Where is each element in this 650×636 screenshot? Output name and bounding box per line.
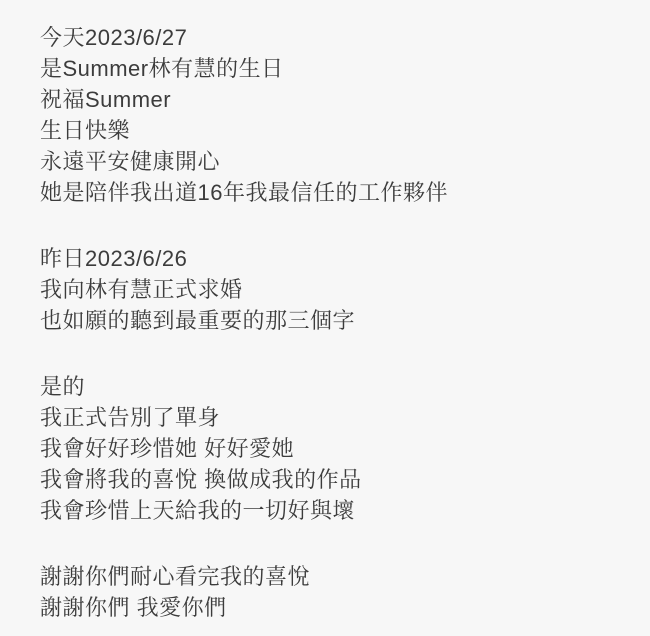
text-line: 她是陪伴我出道16年我最信任的工作夥伴 xyxy=(40,177,620,208)
text-line: 謝謝你們 我愛你們 xyxy=(40,592,620,623)
text-line: 謝謝你們耐心看完我的喜悅 xyxy=(40,561,620,592)
text-line: 昨日2023/6/26 xyxy=(40,243,620,274)
text-line: 祝福Summer xyxy=(40,84,620,115)
paragraph-thanks: 謝謝你們耐心看完我的喜悅 謝謝你們 我愛你們 xyxy=(40,561,620,623)
text-line: 生日快樂 xyxy=(40,115,620,146)
paragraph-proposal: 昨日2023/6/26 我向林有慧正式求婚 也如願的聽到最重要的那三個字 xyxy=(40,243,620,336)
text-line: 是的 xyxy=(40,371,620,402)
text-line: 我會珍惜上天給我的一切好與壞 xyxy=(40,495,620,526)
text-line: 我向林有慧正式求婚 xyxy=(40,274,620,305)
text-line: 我會將我的喜悅 換做成我的作品 xyxy=(40,464,620,495)
text-line: 也如願的聽到最重要的那三個字 xyxy=(40,305,620,336)
paragraph-vows: 是的 我正式告別了單身 我會好好珍惜她 好好愛她 我會將我的喜悅 換做成我的作品… xyxy=(40,371,620,526)
text-line: 我正式告別了單身 xyxy=(40,402,620,433)
post-text: 今天2023/6/27 是Summer林有慧的生日 祝福Summer 生日快樂 … xyxy=(0,0,650,623)
text-line: 我會好好珍惜她 好好愛她 xyxy=(40,433,620,464)
text-line: 是Summer林有慧的生日 xyxy=(40,53,620,84)
text-line: 今天2023/6/27 xyxy=(40,22,620,53)
paragraph-birthday: 今天2023/6/27 是Summer林有慧的生日 祝福Summer 生日快樂 … xyxy=(40,22,620,208)
text-line: 永遠平安健康開心 xyxy=(40,146,620,177)
